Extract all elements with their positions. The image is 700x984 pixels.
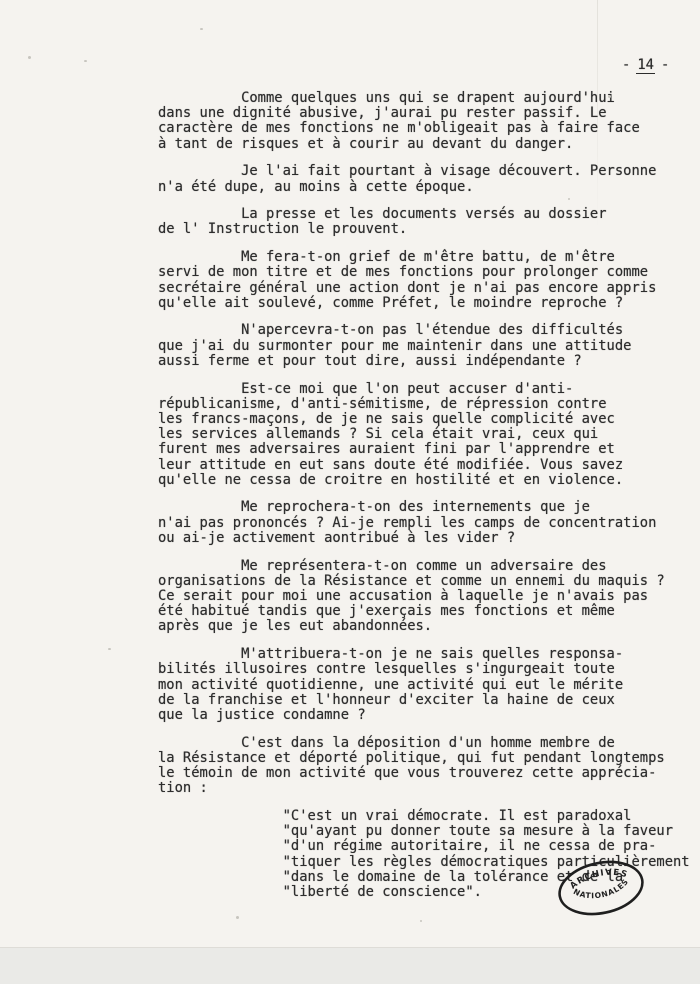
paper-speck [108,648,111,650]
page-number-value: 14 [636,57,655,74]
paper-speck [236,916,239,919]
paper-speck [608,95,611,98]
paper-speck [84,60,87,62]
paper-speck [568,198,570,200]
paragraph: C'est dans la déposition d'un homme memb… [158,736,700,797]
paragraph: Me fera-t-on grief de m'être battu, de m… [158,250,700,311]
paragraph: Est-ce moi que l'on peut accuser d'anti-… [158,382,700,488]
page-number-dash-right: - [661,57,669,73]
paper-speck [28,56,31,59]
paragraph: Me représentera-t-on comme un adversaire… [158,559,700,635]
scan-bottom-edge [0,947,700,984]
paper-speck [420,920,422,922]
document-text: Comme quelques uns qui se drapent aujour… [158,91,700,913]
paper-speck [200,28,203,30]
paragraph: Me reprochera-t-on des internements que … [158,500,700,546]
paragraph: M'attribuera-t-on je ne sais quelles res… [158,647,700,723]
paragraph: Comme quelques uns qui se drapent aujour… [158,91,700,152]
paragraph: N'apercevra-t-on pas l'étendue des diffi… [158,323,700,369]
page-number: -14- [622,57,669,73]
paragraph: La presse et les documents versés au dos… [158,207,700,237]
scanned-page: -14- Comme quelques uns qui se drapent a… [0,0,700,984]
paragraph: Je l'ai fait pourtant à visage découvert… [158,164,700,194]
page-number-dash-left: - [622,57,630,73]
